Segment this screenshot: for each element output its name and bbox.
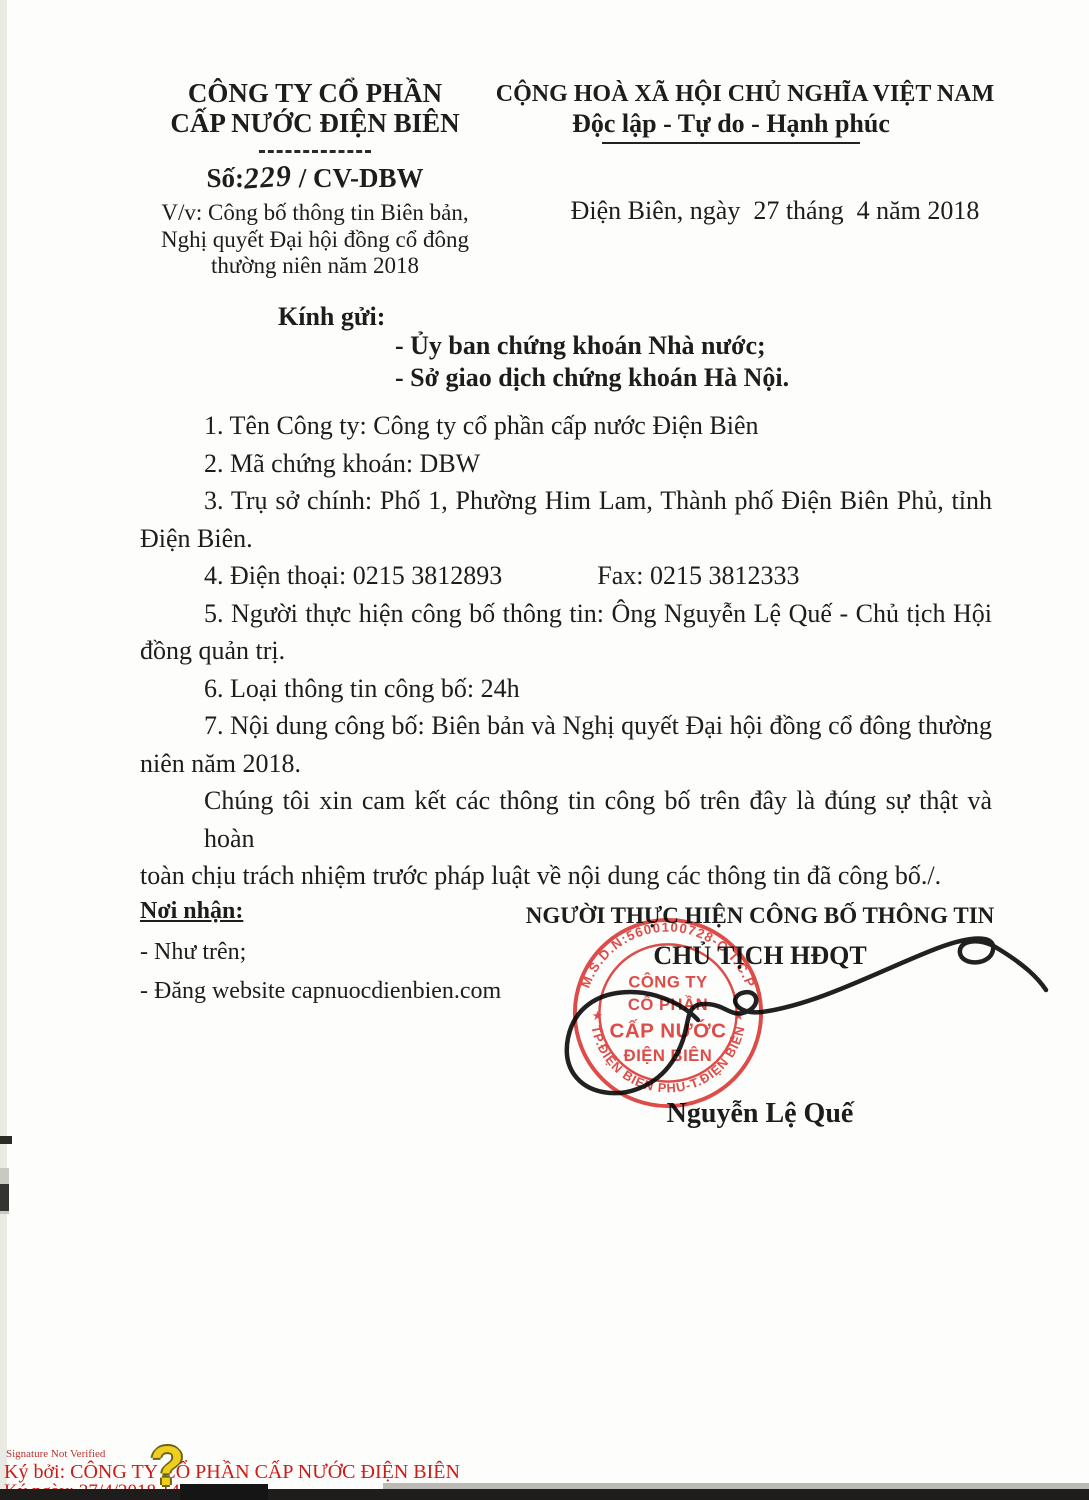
header-dashed-divider [259, 150, 371, 153]
body-line: đồng quản trị. [140, 632, 992, 670]
body-text: 1. Tên Công ty: Công ty cổ phần cấp nước… [140, 407, 992, 895]
header-issuer-block: CÔNG TY CỔ PHẦN CẤP NƯỚC ĐIỆN BIÊN Số:22… [145, 78, 485, 280]
phone-fax-line: 4. Điện thoại: 0215 3812893Fax: 0215 381… [140, 557, 992, 595]
scan-artifact-top [0, 1136, 12, 1144]
document-number: Số:229 / CV-DBW [145, 161, 485, 195]
digital-signature-status: Signature Not Verified [6, 1448, 105, 1460]
signature-stroke [567, 939, 1046, 1094]
motto-underline [602, 142, 860, 144]
body-line: toàn chịu trách nhiệm trước pháp luật về… [140, 857, 992, 895]
body-line: Chúng tôi xin cam kết các thông tin công… [140, 782, 992, 857]
company-name-line1: CÔNG TY CỔ PHẦN [145, 78, 485, 108]
fax-value: Fax: 0215 3812333 [597, 561, 799, 590]
scan-edge-strip [0, 0, 7, 1500]
document-number-suffix: / CV-DBW [292, 163, 424, 193]
company-name-line2: CẤP NƯỚC ĐIỆN BIÊN [145, 108, 485, 138]
handwritten-signature [380, 920, 1060, 1110]
subject-line: thường niên năm 2018 [145, 253, 485, 280]
recipients-list: - Ủy ban chứng khoán Nhà nước; - Sở giao… [395, 330, 789, 394]
salutation-label: Kính gửi: [278, 302, 385, 332]
date-line: Điện Biên, ngày 27 tháng 4 năm 2018 [560, 196, 990, 226]
body-line: 7. Nội dung công bố: Biên bản và Nghị qu… [140, 707, 992, 745]
national-motto-line1: CỘNG HOÀ XÃ HỘI CHỦ NGHĨA VIỆT NAM [495, 80, 995, 108]
scan-artifact-dark [0, 1184, 9, 1211]
body-line: niên năm 2018. [140, 745, 992, 783]
body-line: 5. Người thực hiện công bố thông tin: Ôn… [140, 595, 992, 633]
body-line: 1. Tên Công ty: Công ty cổ phần cấp nước… [140, 407, 992, 445]
body-line: Điện Biên. [140, 520, 992, 558]
signature-question-mark-icon: ? [150, 1438, 184, 1494]
phone-value: 4. Điện thoại: 0215 3812893 [204, 561, 502, 590]
body-line: 3. Trụ sở chính: Phố 1, Phường Him Lam, … [140, 482, 992, 520]
document-number-prefix: Số: [206, 163, 244, 193]
recipient-line: - Sở giao dịch chứng khoán Hà Nội. [395, 362, 789, 394]
copy-recipients-label: Nơi nhận: [140, 898, 243, 925]
scan-bottom-chunk [180, 1484, 268, 1500]
body-line: 2. Mã chứng khoán: DBW [140, 445, 992, 483]
national-motto-line2: Độc lập - Tự do - Hạnh phúc [481, 108, 981, 140]
document-number-handwritten: 229 [243, 159, 293, 196]
scanned-document-page: CÔNG TY CỔ PHẦN CẤP NƯỚC ĐIỆN BIÊN Số:22… [0, 0, 1089, 1500]
recipient-line: - Ủy ban chứng khoán Nhà nước; [395, 330, 789, 362]
subject-line: V/v: Công bố thông tin Biên bản, [145, 200, 485, 227]
body-line: 6. Loại thông tin công bố: 24h [140, 670, 992, 708]
header-national-block: CỘNG HOÀ XÃ HỘI CHỦ NGHĨA VIỆT NAM Độc l… [495, 80, 995, 144]
subject-line: Nghị quyết Đại hội đồng cổ đông [145, 227, 485, 254]
